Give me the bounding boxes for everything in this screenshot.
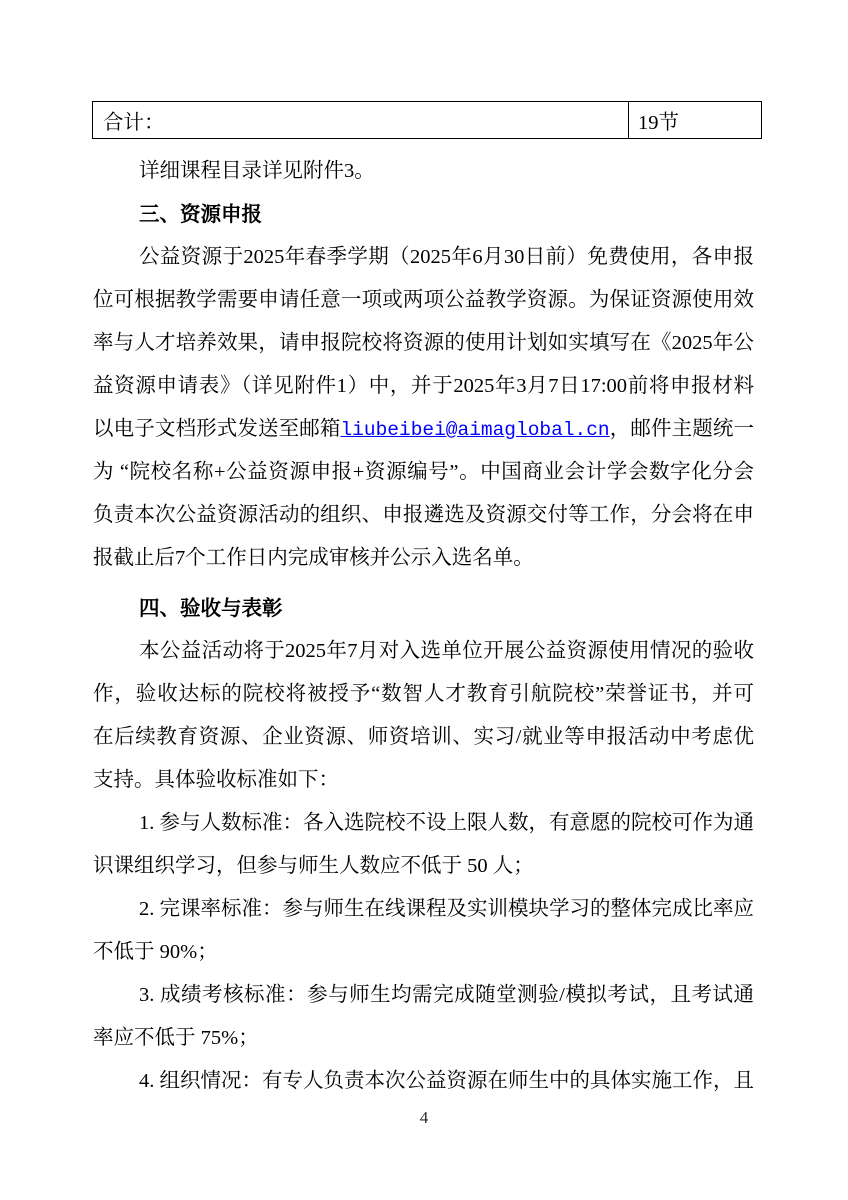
- summary-table: 合计： 19节: [92, 101, 762, 139]
- paragraph-line: 在后续教育资源、企业资源、师资培训、实习/就业等申报活动中考虑优先: [93, 716, 754, 759]
- list-item-line: 2. 完课率标准：参与师生在线课程及实训模块学习的整体完成比率应: [93, 888, 754, 931]
- paragraph-line: 位可根据教学需要申请任意一项或两项公益教学资源。为保证资源使用效: [93, 279, 754, 322]
- paragraph-line-with-email: 以电子文档形式发送至邮箱liubeibei@aimaglobal.cn，邮件主题…: [93, 408, 754, 451]
- list-item-line: 1. 参与人数标准：各入选院校不设上限人数，有意愿的院校可作为通: [93, 802, 754, 845]
- email-line-pre: 以电子文档形式发送至邮箱: [93, 418, 340, 440]
- section-heading-acceptance: 四、验收与表彰: [93, 587, 754, 630]
- list-item-line: 率应不低于 75%；: [93, 1017, 754, 1060]
- paragraph-line: 支持。具体验收标准如下：: [93, 759, 754, 802]
- total-label-cell: 合计：: [93, 102, 629, 138]
- total-value-cell: 19节: [629, 102, 761, 138]
- list-item-line: 4. 组织情况：有专人负责本次公益资源在师生中的具体实施工作，且: [93, 1060, 754, 1103]
- paragraph-line: 益资源申请表》（详见附件1）中，并于2025年3月7日17:00前将申报材料: [93, 365, 754, 408]
- paragraph-line: 率与人才培养效果，请申报院校将资源的使用计划如实填写在《2025年公: [93, 322, 754, 365]
- section-heading-resources: 三、资源申报: [93, 193, 754, 236]
- document-body: 详细课程目录详见附件3。 三、资源申报 公益资源于2025年春季学期（2025年…: [93, 150, 754, 1103]
- list-item-line: 3. 成绩考核标准：参与师生均需完成随堂测验/模拟考试，且考试通过: [93, 974, 754, 1017]
- intro-line: 详细课程目录详见附件3。: [93, 150, 754, 193]
- paragraph-line: 本公益活动将于2025年7月对入选单位开展公益资源使用情况的验收工: [93, 630, 754, 673]
- paragraph-line: 负责本次公益资源活动的组织、申报遴选及资源交付等工作，分会将在申: [93, 494, 754, 537]
- paragraph-line: 报截止后7个工作日内完成审核并公示入选名单。: [93, 537, 754, 580]
- email-link[interactable]: liubeibei@aimaglobal.cn: [340, 419, 609, 441]
- list-item-line: 不低于 90%；: [93, 931, 754, 974]
- paragraph-line: 公益资源于2025年春季学期（2025年6月30日前）免费使用，各申报单: [93, 236, 754, 279]
- page-number: 4: [0, 1108, 848, 1128]
- paragraph-line: 作，验收达标的院校将被授予“数智人才教育引航院校”荣誉证书，并可: [93, 673, 754, 716]
- document-page: 合计： 19节 详细课程目录详见附件3。 三、资源申报 公益资源于2025年春季…: [0, 0, 848, 1200]
- list-item-line: 识课组织学习，但参与师生人数应不低于 50 人；: [93, 845, 754, 888]
- paragraph-line: 为 “院校名称+公益资源申报+资源编号”。中国商业会计学会数字化分会: [93, 451, 754, 494]
